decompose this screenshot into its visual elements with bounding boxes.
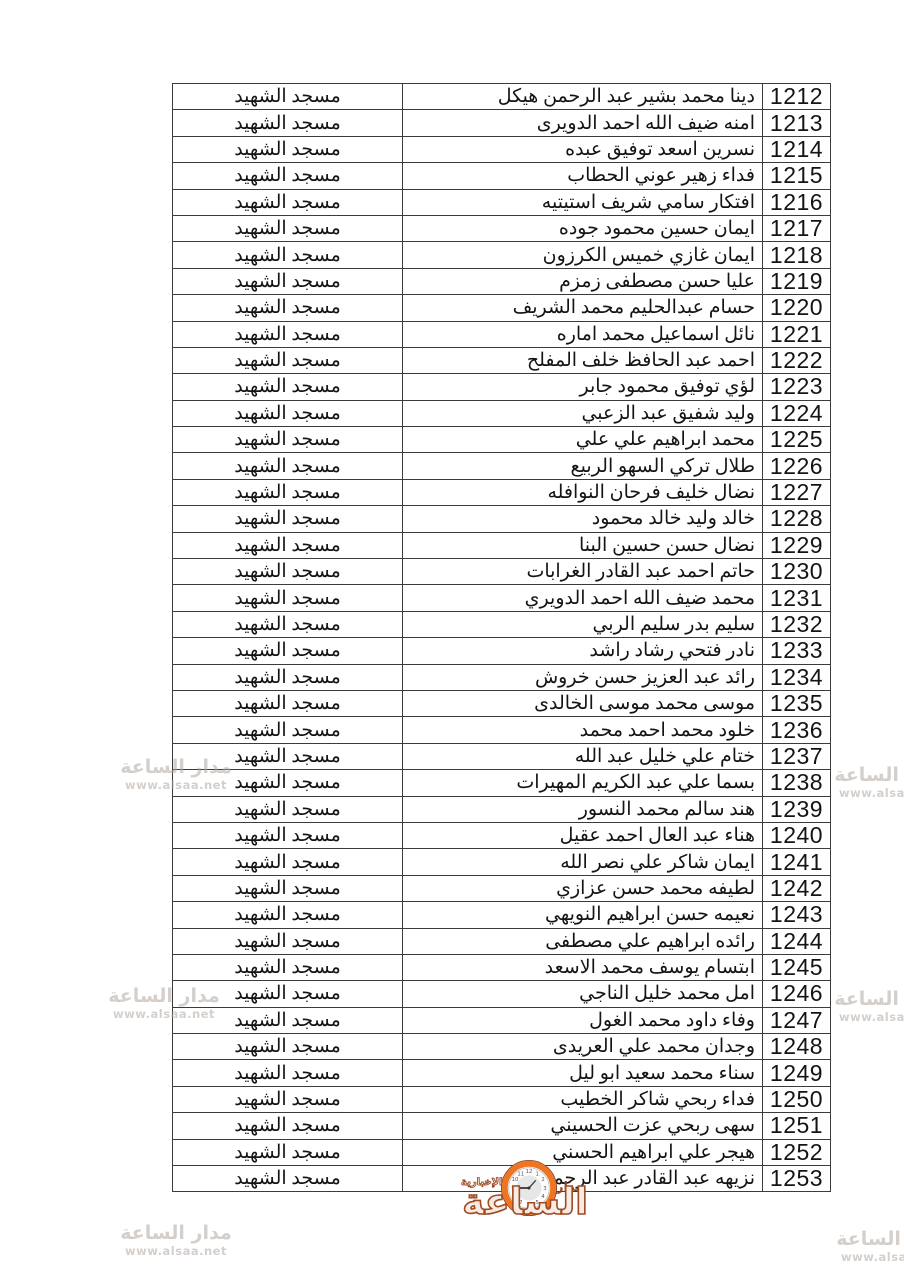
table-row: 1217ايمان حسين محمود جودهمسجد الشهيد xyxy=(173,215,831,241)
row-number-cell: 1243 xyxy=(763,902,831,928)
row-mosque-cell: مسجد الشهيد xyxy=(173,796,403,822)
row-mosque-cell: مسجد الشهيد xyxy=(173,136,403,162)
row-mosque-cell: مسجد الشهيد xyxy=(173,849,403,875)
svg-text:6: 6 xyxy=(527,1202,531,1208)
table-row: 1245ابتسام يوسف محمد الاسعدمسجد الشهيد xyxy=(173,954,831,980)
row-number-cell: 1232 xyxy=(763,611,831,637)
row-mosque-cell: مسجد الشهيد xyxy=(173,295,403,321)
watermark-site-name: مدار الساعة xyxy=(108,1222,244,1244)
table-row: 1238بسما علي عبد الكريم المهيراتمسجد الش… xyxy=(173,770,831,796)
svg-text:8: 8 xyxy=(513,1194,517,1200)
row-name-cell: نزيهه عبد القادر عبد الرحمن xyxy=(403,1166,763,1192)
table-row: 1218ايمان غازي خميس الكرزونمسجد الشهيد xyxy=(173,242,831,268)
row-mosque-cell: مسجد الشهيد xyxy=(173,743,403,769)
row-mosque-cell: مسجد الشهيد xyxy=(173,374,403,400)
table-row: 1216افتكار سامي شريف استيتيهمسجد الشهيد xyxy=(173,189,831,215)
watermark-right-middle: مدار الساعة www.alsaa.net xyxy=(822,988,904,1024)
row-mosque-cell: مسجد الشهيد xyxy=(173,638,403,664)
row-name-cell: نضال حسن حسين البنا xyxy=(403,532,763,558)
row-mosque-cell: مسجد الشهيد xyxy=(173,427,403,453)
table-row: 1232سليم بدر سليم الربيمسجد الشهيد xyxy=(173,611,831,637)
table-row: 1226طلال تركي السهو الربيعمسجد الشهيد xyxy=(173,453,831,479)
row-name-cell: وليد شفيق عبد الزعبي xyxy=(403,400,763,426)
table-row: 1252هيجر علي ابراهيم الحسنيمسجد الشهيد xyxy=(173,1139,831,1165)
row-name-cell: فداء ربحي شاكر الخطيب xyxy=(403,1086,763,1112)
row-mosque-cell: مسجد الشهيد xyxy=(173,690,403,716)
row-name-cell: وجدان محمد علي العريدى xyxy=(403,1034,763,1060)
row-name-cell: خالد وليد خالد محمود xyxy=(403,506,763,532)
table-row: 1240هناء عبد العال احمد عقيلمسجد الشهيد xyxy=(173,822,831,848)
row-number-cell: 1228 xyxy=(763,506,831,532)
row-mosque-cell: مسجد الشهيد xyxy=(173,822,403,848)
table-row: 1249سناء محمد سعيد ابو ليلمسجد الشهيد xyxy=(173,1060,831,1086)
table-row: 1237ختام علي خليل عبد اللهمسجد الشهيد xyxy=(173,743,831,769)
row-mosque-cell: مسجد الشهيد xyxy=(173,954,403,980)
row-name-cell: بسما علي عبد الكريم المهيرات xyxy=(403,770,763,796)
row-mosque-cell: مسجد الشهيد xyxy=(173,585,403,611)
watermark-site-name: مدار الساعة xyxy=(822,764,904,786)
row-name-cell: لؤي توفيق محمود جابر xyxy=(403,374,763,400)
row-number-cell: 1231 xyxy=(763,585,831,611)
row-name-cell: محمد ابراهيم علي علي xyxy=(403,427,763,453)
watermark-right-top: مدار الساعة www.alsaa.net xyxy=(822,764,904,800)
table-row: 1251سهى ربحي عزت الحسينيمسجد الشهيد xyxy=(173,1113,831,1139)
row-mosque-cell: مسجد الشهيد xyxy=(173,928,403,954)
row-mosque-cell: مسجد الشهيد xyxy=(173,664,403,690)
row-number-cell: 1245 xyxy=(763,954,831,980)
row-number-cell: 1250 xyxy=(763,1086,831,1112)
row-number-cell: 1219 xyxy=(763,268,831,294)
row-name-cell: ايمان غازي خميس الكرزون xyxy=(403,242,763,268)
names-table: 1212دينا محمد بشير عبد الرحمن هيكلمسجد ا… xyxy=(172,83,831,1192)
row-name-cell: هيجر علي ابراهيم الحسني xyxy=(403,1139,763,1165)
row-number-cell: 1234 xyxy=(763,664,831,690)
table-row: 1234رائد عبد العزيز حسن خروشمسجد الشهيد xyxy=(173,664,831,690)
row-mosque-cell: مسجد الشهيد xyxy=(173,1166,403,1192)
row-name-cell: فداء زهير عوني الحطاب xyxy=(403,163,763,189)
table-body: 1212دينا محمد بشير عبد الرحمن هيكلمسجد ا… xyxy=(173,84,831,1192)
row-mosque-cell: مسجد الشهيد xyxy=(173,1139,403,1165)
row-mosque-cell: مسجد الشهيد xyxy=(173,532,403,558)
table-row: 1228خالد وليد خالد محمودمسجد الشهيد xyxy=(173,506,831,532)
table-row: 1227نضال خليف فرحان النوافلهمسجد الشهيد xyxy=(173,479,831,505)
row-mosque-cell: مسجد الشهيد xyxy=(173,875,403,901)
row-mosque-cell: مسجد الشهيد xyxy=(173,1034,403,1060)
table-row: 1231محمد ضيف الله احمد الدويريمسجد الشهي… xyxy=(173,585,831,611)
watermark-site-url: www.alsaa.net xyxy=(824,1250,904,1264)
scanned-document-page: 1212دينا محمد بشير عبد الرحمن هيكلمسجد ا… xyxy=(0,0,904,1280)
row-number-cell: 1224 xyxy=(763,400,831,426)
table-row: 1213امنه ضيف الله احمد الدويرىمسجد الشهي… xyxy=(173,110,831,136)
row-number-cell: 1215 xyxy=(763,163,831,189)
row-number-cell: 1238 xyxy=(763,770,831,796)
row-number-cell: 1221 xyxy=(763,321,831,347)
row-number-cell: 1220 xyxy=(763,295,831,321)
row-number-cell: 1216 xyxy=(763,189,831,215)
row-number-cell: 1229 xyxy=(763,532,831,558)
table-row: 1220حسام عبدالحليم محمد الشريفمسجد الشهي… xyxy=(173,295,831,321)
row-mosque-cell: مسجد الشهيد xyxy=(173,268,403,294)
row-number-cell: 1241 xyxy=(763,849,831,875)
row-name-cell: سناء محمد سعيد ابو ليل xyxy=(403,1060,763,1086)
row-number-cell: 1235 xyxy=(763,690,831,716)
row-mosque-cell: مسجد الشهيد xyxy=(173,1007,403,1033)
row-name-cell: احمد عبد الحافظ خلف المفلح xyxy=(403,347,763,373)
row-name-cell: حاتم احمد عبد القادر الغرابات xyxy=(403,559,763,585)
table-row: 1212دينا محمد بشير عبد الرحمن هيكلمسجد ا… xyxy=(173,84,831,110)
table-row: 1230حاتم احمد عبد القادر الغراباتمسجد ال… xyxy=(173,559,831,585)
row-mosque-cell: مسجد الشهيد xyxy=(173,84,403,110)
row-mosque-cell: مسجد الشهيد xyxy=(173,321,403,347)
table-row: 1215فداء زهير عوني الحطابمسجد الشهيد xyxy=(173,163,831,189)
table-row: 1241ايمان شاكر علي نصر اللهمسجد الشهيد xyxy=(173,849,831,875)
row-mosque-cell: مسجد الشهيد xyxy=(173,770,403,796)
table-row: 1219عليا حسن مصطفى زمزممسجد الشهيد xyxy=(173,268,831,294)
table-row: 1239هند سالم محمد النسورمسجد الشهيد xyxy=(173,796,831,822)
row-name-cell: وفاء داود محمد الغول xyxy=(403,1007,763,1033)
row-number-cell: 1246 xyxy=(763,981,831,1007)
row-name-cell: عليا حسن مصطفى زمزم xyxy=(403,268,763,294)
row-number-cell: 1222 xyxy=(763,347,831,373)
row-number-cell: 1239 xyxy=(763,796,831,822)
row-name-cell: هناء عبد العال احمد عقيل xyxy=(403,822,763,848)
table-row: 1214نسرين اسعد توفيق عبدهمسجد الشهيد xyxy=(173,136,831,162)
table-row: 1247وفاء داود محمد الغولمسجد الشهيد xyxy=(173,1007,831,1033)
table-row: 1250فداء ربحي شاكر الخطيبمسجد الشهيد xyxy=(173,1086,831,1112)
row-mosque-cell: مسجد الشهيد xyxy=(173,506,403,532)
table-row: 1233نادر فتحي رشاد راشدمسجد الشهيد xyxy=(173,638,831,664)
row-name-cell: امل محمد خليل الناجي xyxy=(403,981,763,1007)
watermark-site-url: www.alsaa.net xyxy=(822,786,904,800)
row-name-cell: لطيفه محمد حسن عزازي xyxy=(403,875,763,901)
row-name-cell: هند سالم محمد النسور xyxy=(403,796,763,822)
row-name-cell: محمد ضيف الله احمد الدويري xyxy=(403,585,763,611)
row-number-cell: 1236 xyxy=(763,717,831,743)
table-row: 1229نضال حسن حسين البنامسجد الشهيد xyxy=(173,532,831,558)
row-number-cell: 1223 xyxy=(763,374,831,400)
table-row: 1246امل محمد خليل الناجيمسجد الشهيد xyxy=(173,981,831,1007)
svg-text:4: 4 xyxy=(541,1194,545,1200)
row-name-cell: نسرين اسعد توفيق عبده xyxy=(403,136,763,162)
table-row: 1236خلود محمد احمد محمدمسجد الشهيد xyxy=(173,717,831,743)
row-number-cell: 1253 xyxy=(763,1166,831,1192)
watermark-right-bottom: مدار الساعة www.alsaa.net xyxy=(824,1228,904,1264)
row-name-cell: سليم بدر سليم الربي xyxy=(403,611,763,637)
row-mosque-cell: مسجد الشهيد xyxy=(173,717,403,743)
row-number-cell: 1249 xyxy=(763,1060,831,1086)
row-mosque-cell: مسجد الشهيد xyxy=(173,559,403,585)
table-row: 1235موسى محمد موسى الخالدىمسجد الشهيد xyxy=(173,690,831,716)
row-number-cell: 1218 xyxy=(763,242,831,268)
row-name-cell: ايمان شاكر علي نصر الله xyxy=(403,849,763,875)
watermark-left-bottom: مدار الساعة www.alsaa.net xyxy=(108,1222,244,1258)
row-number-cell: 1212 xyxy=(763,84,831,110)
row-name-cell: رائد عبد العزيز حسن خروش xyxy=(403,664,763,690)
row-mosque-cell: مسجد الشهيد xyxy=(173,1113,403,1139)
table-row: 1244رائده ابراهيم علي مصطفىمسجد الشهيد xyxy=(173,928,831,954)
row-name-cell: نادر فتحي رشاد راشد xyxy=(403,638,763,664)
row-name-cell: ختام علي خليل عبد الله xyxy=(403,743,763,769)
row-number-cell: 1240 xyxy=(763,822,831,848)
row-name-cell: ابتسام يوسف محمد الاسعد xyxy=(403,954,763,980)
table-row: 1243نعيمه حسن ابراهيم النويهيمسجد الشهيد xyxy=(173,902,831,928)
row-name-cell: نضال خليف فرحان النوافله xyxy=(403,479,763,505)
row-number-cell: 1233 xyxy=(763,638,831,664)
row-mosque-cell: مسجد الشهيد xyxy=(173,453,403,479)
row-mosque-cell: مسجد الشهيد xyxy=(173,110,403,136)
table-row: 1253نزيهه عبد القادر عبد الرحمنمسجد الشه… xyxy=(173,1166,831,1192)
svg-text:5: 5 xyxy=(536,1200,539,1206)
row-mosque-cell: مسجد الشهيد xyxy=(173,215,403,241)
watermark-site-name: مدار الساعة xyxy=(822,988,904,1010)
table-row: 1248وجدان محمد علي العريدىمسجد الشهيد xyxy=(173,1034,831,1060)
row-mosque-cell: مسجد الشهيد xyxy=(173,189,403,215)
table-row: 1225محمد ابراهيم علي عليمسجد الشهيد xyxy=(173,427,831,453)
svg-text:7: 7 xyxy=(519,1200,522,1206)
row-number-cell: 1226 xyxy=(763,453,831,479)
row-number-cell: 1225 xyxy=(763,427,831,453)
row-number-cell: 1214 xyxy=(763,136,831,162)
table-row: 1223لؤي توفيق محمود جابرمسجد الشهيد xyxy=(173,374,831,400)
row-name-cell: افتكار سامي شريف استيتيه xyxy=(403,189,763,215)
row-mosque-cell: مسجد الشهيد xyxy=(173,479,403,505)
row-mosque-cell: مسجد الشهيد xyxy=(173,981,403,1007)
row-number-cell: 1252 xyxy=(763,1139,831,1165)
row-name-cell: ايمان حسين محمود جوده xyxy=(403,215,763,241)
row-mosque-cell: مسجد الشهيد xyxy=(173,1060,403,1086)
row-number-cell: 1247 xyxy=(763,1007,831,1033)
row-name-cell: سهى ربحي عزت الحسيني xyxy=(403,1113,763,1139)
row-name-cell: دينا محمد بشير عبد الرحمن هيكل xyxy=(403,84,763,110)
row-number-cell: 1242 xyxy=(763,875,831,901)
watermark-site-url: www.alsaa.net xyxy=(822,1010,904,1024)
watermark-site-name: مدار الساعة xyxy=(824,1228,904,1250)
row-mosque-cell: مسجد الشهيد xyxy=(173,242,403,268)
watermark-site-url: www.alsaa.net xyxy=(108,1244,244,1258)
table-row: 1221نائل اسماعيل محمد امارهمسجد الشهيد xyxy=(173,321,831,347)
row-number-cell: 1230 xyxy=(763,559,831,585)
row-name-cell: خلود محمد احمد محمد xyxy=(403,717,763,743)
row-mosque-cell: مسجد الشهيد xyxy=(173,347,403,373)
row-mosque-cell: مسجد الشهيد xyxy=(173,1086,403,1112)
row-name-cell: امنه ضيف الله احمد الدويرى xyxy=(403,110,763,136)
row-name-cell: نعيمه حسن ابراهيم النويهي xyxy=(403,902,763,928)
row-name-cell: نائل اسماعيل محمد اماره xyxy=(403,321,763,347)
row-name-cell: رائده ابراهيم علي مصطفى xyxy=(403,928,763,954)
row-number-cell: 1237 xyxy=(763,743,831,769)
row-number-cell: 1217 xyxy=(763,215,831,241)
row-mosque-cell: مسجد الشهيد xyxy=(173,163,403,189)
row-name-cell: طلال تركي السهو الربيع xyxy=(403,453,763,479)
table-row: 1222احمد عبد الحافظ خلف المفلحمسجد الشهي… xyxy=(173,347,831,373)
row-number-cell: 1227 xyxy=(763,479,831,505)
row-mosque-cell: مسجد الشهيد xyxy=(173,611,403,637)
row-mosque-cell: مسجد الشهيد xyxy=(173,902,403,928)
table-row: 1224وليد شفيق عبد الزعبيمسجد الشهيد xyxy=(173,400,831,426)
table-row: 1242لطيفه محمد حسن عزازيمسجد الشهيد xyxy=(173,875,831,901)
row-name-cell: حسام عبدالحليم محمد الشريف xyxy=(403,295,763,321)
row-number-cell: 1244 xyxy=(763,928,831,954)
row-number-cell: 1213 xyxy=(763,110,831,136)
row-number-cell: 1251 xyxy=(763,1113,831,1139)
row-number-cell: 1248 xyxy=(763,1034,831,1060)
row-name-cell: موسى محمد موسى الخالدى xyxy=(403,690,763,716)
row-mosque-cell: مسجد الشهيد xyxy=(173,400,403,426)
